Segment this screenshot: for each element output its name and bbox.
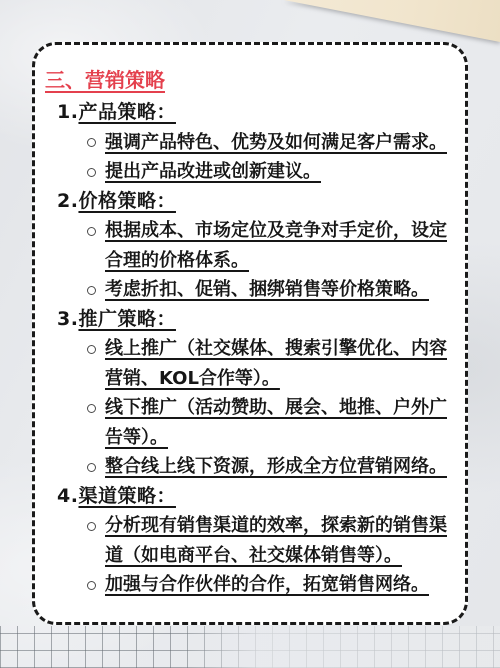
section-product-strategy: 1.产品策略： 强调产品特色、优势及如何满足客户需求。 提出产品改进或创新建议。 [45,98,453,187]
page: 三、营销策略 1.产品策略： 强调产品特色、优势及如何满足客户需求。 提出产品改… [0,0,500,668]
section-number: 2. [57,190,78,212]
bullet-text: 考虑折扣、促销、捆绑销售等价格策略。 [105,279,429,300]
bullet-text: 强调产品特色、优势及如何满足客户需求。 [105,132,447,153]
grid-paper-decoration [0,626,500,668]
section-promotion-strategy: 3.推广策略： 线上推广（社交媒体、搜索引擎优化、内容营销、KOL合作等）。 线… [45,305,453,482]
section-heading: 4.渠道策略： [57,482,453,512]
bullet-item: 强调产品特色、优势及如何满足客户需求。 [57,128,453,158]
bullet-text: 整合线上线下资源，形成全方位营销网络。 [105,456,447,477]
bullet-item: 整合线上线下资源，形成全方位营销网络。 [57,452,453,482]
bullet-text: 加强与合作伙伴的合作，拓宽销售网络。 [105,574,429,595]
section-label: 渠道策略： [78,485,176,507]
bullet-circle-icon [87,345,96,354]
bullet-item: 线上推广（社交媒体、搜索引擎优化、内容营销、KOL合作等）。 [57,334,453,393]
section-heading: 3.推广策略： [57,305,453,335]
card-title: 三、营销策略 [45,65,453,95]
bullet-text: 提出产品改进或创新建议。 [105,161,321,182]
bullet-item: 分析现有销售渠道的效率，探索新的销售渠道（如电商平台、社交媒体销售等）。 [57,511,453,570]
section-number: 3. [57,308,78,330]
bullet-item: 考虑折扣、促销、捆绑销售等价格策略。 [57,275,453,305]
bullet-text: 线上推广（社交媒体、搜索引擎优化、内容营销、KOL合作等）。 [105,338,447,389]
section-heading: 1.产品策略： [57,98,453,128]
bullet-item: 根据成本、市场定位及竞争对手定价，设定合理的价格体系。 [57,216,453,275]
bullet-item: 线下推广（活动赞助、展会、地推、户外广告等）。 [57,393,453,452]
section-channel-strategy: 4.渠道策略： 分析现有销售渠道的效率，探索新的销售渠道（如电商平台、社交媒体销… [45,482,453,600]
bullet-circle-icon [87,522,96,531]
bullet-text: 分析现有销售渠道的效率，探索新的销售渠道（如电商平台、社交媒体销售等）。 [105,515,447,566]
section-label: 产品策略： [78,101,176,123]
bullet-circle-icon [87,227,96,236]
section-label: 推广策略： [78,308,176,330]
section-number: 1. [57,101,78,123]
section-label: 价格策略： [78,190,176,212]
marketing-strategy-card: 三、营销策略 1.产品策略： 强调产品特色、优势及如何满足客户需求。 提出产品改… [32,42,468,625]
section-heading: 2.价格策略： [57,187,453,217]
paper-corner-shape [268,0,500,48]
bullet-text: 线下推广（活动赞助、展会、地推、户外广告等）。 [105,397,447,448]
section-price-strategy: 2.价格策略： 根据成本、市场定位及竞争对手定价，设定合理的价格体系。 考虑折扣… [45,187,453,305]
paper-corner-decoration [268,0,500,48]
section-number: 4. [57,485,78,507]
bullet-circle-icon [87,286,96,295]
bullet-circle-icon [87,404,96,413]
bullet-item: 提出产品改进或创新建议。 [57,157,453,187]
bullet-circle-icon [87,168,96,177]
bullet-circle-icon [87,581,96,590]
bullet-circle-icon [87,138,96,147]
bullet-item: 加强与合作伙伴的合作，拓宽销售网络。 [57,570,453,600]
bullet-text: 根据成本、市场定位及竞争对手定价，设定合理的价格体系。 [105,220,447,271]
bullet-circle-icon [87,463,96,472]
